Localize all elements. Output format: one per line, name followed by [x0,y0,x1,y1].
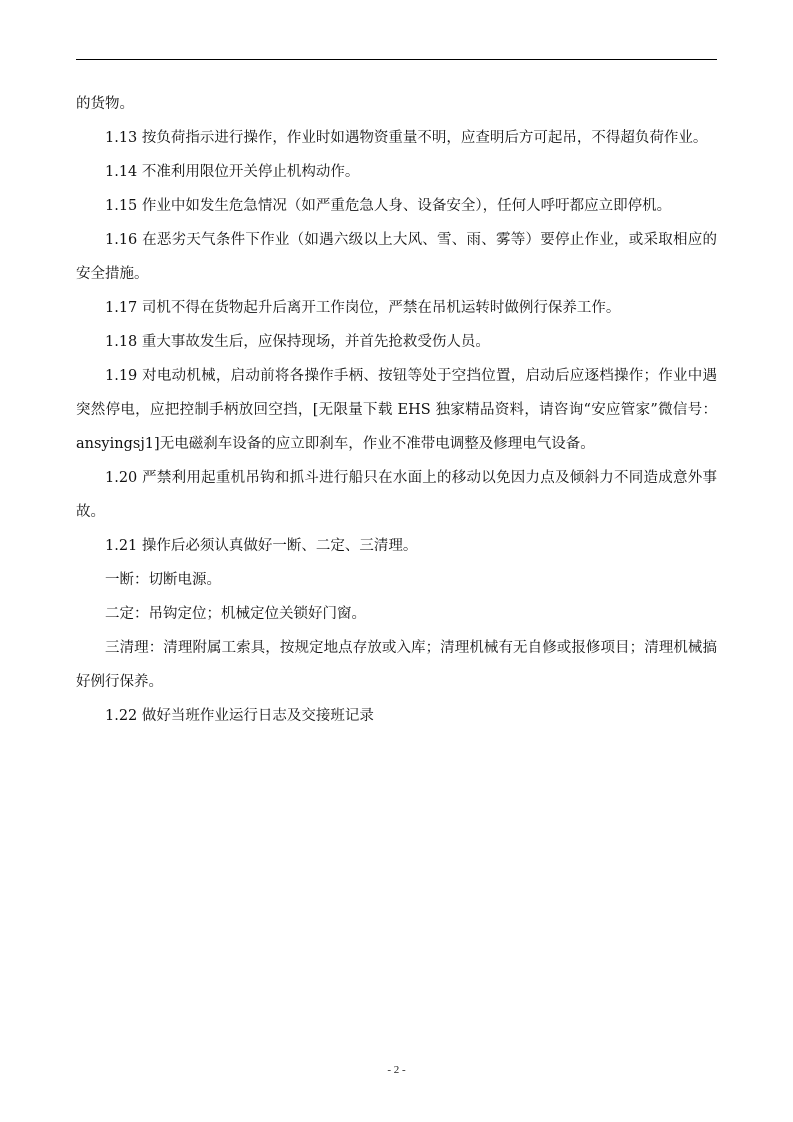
paragraph-1-15: 1.15 作业中如发生危急情况（如严重危急人身、设备安全），任何人呼吁都应立即停… [76,189,717,223]
paragraph-san-qingli: 三清理：清理附属工索具，按规定地点存放或入库；清理机械有无自修或报修项目；清理机… [76,631,717,699]
paragraph-1-18: 1.18 重大事故发生后，应保持现场，并首先抢救受伤人员。 [76,325,717,359]
paragraph-1-13: 1.13 按负荷指示进行操作，作业时如遇物资重量不明，应查明后方可起吊，不得超负… [76,121,717,155]
page-number: - 2 - [0,1064,793,1076]
paragraph-1-20: 1.20 严禁利用起重机吊钩和抓斗进行船只在水面上的移动以免因力点及倾斜力不同造… [76,461,717,529]
paragraph-1-16: 1.16 在恶劣天气条件下作业（如遇六级以上大风、雪、雨、雾等）要停止作业，或采… [76,223,717,291]
paragraph-continuation: 的货物。 [76,87,717,121]
header-rule [76,59,717,60]
document-body: 的货物。 1.13 按负荷指示进行操作，作业时如遇物资重量不明，应查明后方可起吊… [76,87,717,733]
paragraph-1-17: 1.17 司机不得在货物起升后离开工作岗位，严禁在吊机运转时做例行保养工作。 [76,291,717,325]
paragraph-1-22: 1.22 做好当班作业运行日志及交接班记录 [76,699,717,733]
paragraph-1-14: 1.14 不准利用限位开关停止机构动作。 [76,155,717,189]
paragraph-1-21: 1.21 操作后必须认真做好一断、二定、三清理。 [76,529,717,563]
paragraph-yi-duan: 一断：切断电源。 [76,563,717,597]
paragraph-1-19: 1.19 对电动机械，启动前将各操作手柄、按钮等处于空挡位置，启动后应逐档操作；… [76,359,717,461]
paragraph-er-ding: 二定：吊钩定位；机械定位关锁好门窗。 [76,597,717,631]
